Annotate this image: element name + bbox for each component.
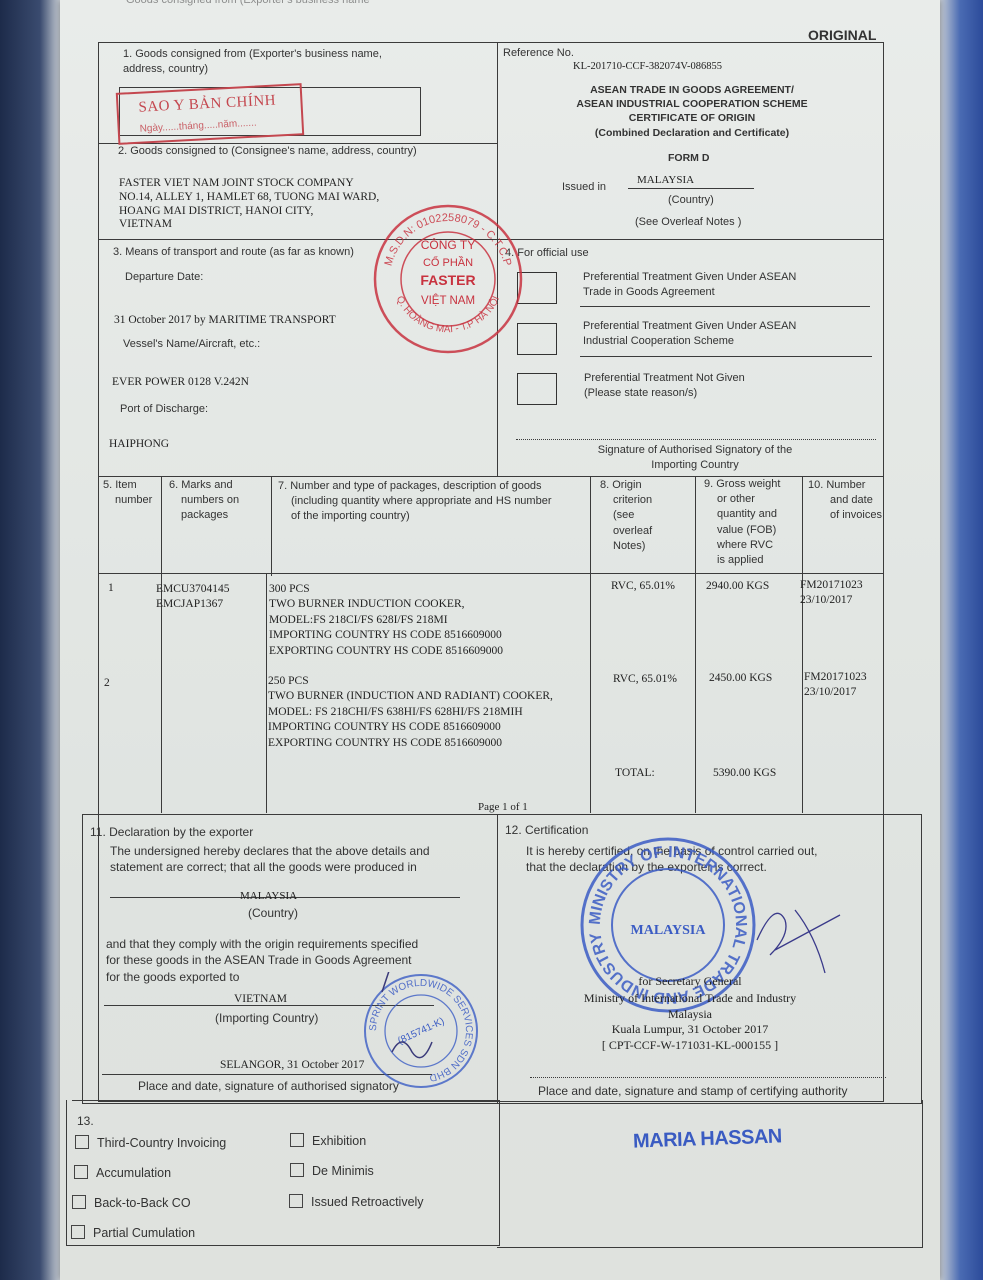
row2-item: 2 — [104, 676, 110, 691]
box2-label: 2. Goods consigned to (Consignee's name,… — [118, 144, 417, 159]
title-line: CERTIFICATE OF ORIGIN — [497, 111, 887, 125]
port-label: Port of Discharge: — [120, 402, 208, 417]
total-label: TOTAL: — [615, 766, 655, 781]
header-line: packages — [169, 508, 239, 523]
port-value: HAIPHONG — [109, 437, 169, 452]
signature-line — [530, 1077, 886, 1078]
desc-line: TWO BURNER INDUCTION COOKER, — [269, 597, 503, 612]
certificate-title: ASEAN TRADE IN GOODS AGREEMENT/ ASEAN IN… — [497, 83, 887, 140]
header-line: value (FOB) — [704, 523, 780, 538]
box12-lower-frame — [497, 1100, 923, 1248]
checkbox[interactable] — [290, 1163, 304, 1177]
option-back-to-back-co[interactable]: Back-to-Back CO — [72, 1195, 191, 1210]
checkbox[interactable] — [290, 1133, 304, 1147]
header-line: of invoices — [808, 508, 882, 523]
option-partial-cumulation[interactable]: Partial Cumulation — [71, 1225, 195, 1240]
desc-line: MODEL: FS 218CHI/FS 638HI/FS 628HI/FS 21… — [268, 705, 553, 720]
cert-signature-caption: Place and date, signature and stamp of c… — [538, 1083, 848, 1100]
option-label: Accumulation — [96, 1166, 171, 1180]
consignee-line: FASTER VIET NAM JOINT STOCK COMPANY — [119, 176, 354, 191]
desc-line: TWO BURNER (INDUCTION AND RADIANT) COOKE… — [268, 689, 553, 704]
invoice-line: FM20171023 — [804, 670, 867, 685]
header-line: quantity and — [704, 507, 780, 522]
option-text: Preferential Treatment Not Given(Please … — [584, 371, 745, 401]
issued-in-value: MALAYSIA — [637, 173, 694, 187]
row1-item: 1 — [108, 581, 114, 596]
total-weight: 5390.00 KGS — [713, 766, 776, 781]
checkbox[interactable] — [289, 1194, 303, 1208]
svg-text:MALAYSIA: MALAYSIA — [631, 923, 707, 938]
option-line: Preferential Treatment Given Under ASEAN — [583, 319, 796, 334]
bleed-through-text: Goods consigned from (Exporter's busines… — [126, 0, 370, 6]
option-text: Preferential Treatment Given Under ASEAN… — [583, 270, 796, 300]
header-description: 7. Number and type of packages, descript… — [278, 479, 552, 525]
header-line: 10. Number — [808, 478, 882, 493]
importing-caption: (Importing Country) — [215, 1010, 318, 1027]
cert-line: for Secretary General — [560, 974, 820, 990]
exporter-signature-caption: Place and date, signature of authorised … — [138, 1078, 399, 1095]
production-country: MALAYSIA — [240, 889, 297, 903]
option-label: De Minimis — [312, 1164, 374, 1178]
row2-invoice: FM2017102323/10/2017 — [804, 670, 867, 700]
copy-certified-stamp: SAO Y BẢN CHÍNH Ngày......tháng.....năm.… — [116, 83, 304, 145]
checkbox[interactable] — [75, 1135, 89, 1149]
header-line: number — [103, 493, 152, 508]
desc-line: 300 PCS — [269, 582, 503, 597]
divider — [580, 356, 872, 357]
row1-invoice: FM2017102323/10/2017 — [800, 578, 863, 608]
declaration-text: statement are correct; that all the good… — [110, 859, 417, 876]
divider — [802, 476, 803, 813]
header-line: or other — [704, 492, 780, 507]
original-marking: ORIGINAL — [808, 27, 876, 43]
divider — [695, 476, 696, 813]
row2-description: 250 PCS TWO BURNER (INDUCTION AND RADIAN… — [268, 674, 553, 751]
header-line: (see — [600, 508, 652, 523]
divider — [271, 476, 272, 576]
header-marks: 6. Marks andnumbers onpackages — [169, 478, 239, 524]
header-line: 5. Item — [103, 478, 152, 493]
divider — [628, 188, 754, 189]
header-origin: 8. Origincriterion(seeoverleafNotes) — [600, 478, 652, 554]
option-text: Preferential Treatment Given Under ASEAN… — [583, 319, 796, 349]
header-weight: 9. Gross weightor otherquantity andvalue… — [704, 477, 780, 568]
header-line: overleaf — [600, 524, 652, 539]
option-line: Industrial Cooperation Scheme — [583, 334, 796, 349]
vessel-value: EVER POWER 0128 V.242N — [112, 375, 249, 390]
cert-line: Ministry of International Trade and Indu… — [540, 991, 840, 1007]
desc-line: IMPORTING COUNTRY HS CODE 8516609000 — [269, 628, 503, 643]
header-line: of the importing country) — [278, 509, 552, 524]
caption-line: Importing Country — [560, 458, 830, 473]
reference-number: KL-201710-CCF-382074V-086855 — [573, 60, 722, 74]
cert-line: Malaysia — [560, 1007, 820, 1023]
stamp-title: SAO Y BẢN CHÍNH — [138, 93, 276, 117]
header-line: where RVC — [704, 538, 780, 553]
invoice-line: 23/10/2017 — [804, 685, 867, 700]
mark-line: EMCU3704145 — [156, 582, 229, 597]
svg-text:CỔ PHẦN: CỔ PHẦN — [423, 256, 473, 269]
company-seal-stamp: M.S.D.N: 0102258079 - C.T.C.P Q. HOÀNG M… — [372, 203, 524, 355]
checkbox[interactable] — [71, 1225, 85, 1239]
divider — [161, 476, 162, 813]
option-issued-retroactively[interactable]: Issued Retroactively — [289, 1194, 424, 1209]
title-line: ASEAN TRADE IN GOODS AGREEMENT/ — [497, 83, 887, 97]
importing-signature-caption: Signature of Authorised Signatory of the… — [560, 443, 830, 473]
row2-origin: RVC, 65.01% — [613, 672, 677, 687]
divider — [580, 306, 870, 307]
option-label: Back-to-Back CO — [94, 1196, 191, 1210]
consignee-line: VIETNAM — [119, 217, 172, 232]
cert-reference: [ CPT-CCF-W-171031-KL-000155 ] — [560, 1038, 820, 1054]
title-line: (Combined Declaration and Certificate) — [497, 126, 887, 140]
option-line: Preferential Treatment Given Under ASEAN — [583, 270, 796, 285]
desc-line: 250 PCS — [268, 674, 553, 689]
officer-signature — [755, 895, 845, 975]
option-label: Issued Retroactively — [311, 1195, 424, 1209]
exporter-company-stamp: SPRINT WORLDWIDE SERVICES SDN BHD (81574… — [362, 972, 480, 1090]
country-caption: (Country) — [668, 193, 714, 208]
option-de-minimis[interactable]: De Minimis — [290, 1163, 374, 1178]
header-line: 7. Number and type of packages, descript… — [278, 479, 552, 494]
desc-line: EXPORTING COUNTRY HS CODE 8516609000 — [269, 644, 503, 659]
header-line: 9. Gross weight — [704, 477, 780, 492]
vessel-label: Vessel's Name/Aircraft, etc.: — [123, 337, 260, 352]
svg-text:CÔNG TY: CÔNG TY — [421, 237, 475, 252]
header-line: numbers on — [169, 493, 239, 508]
declaration-text: for the goods exported to — [106, 969, 239, 986]
stamp-date-line: Ngày......tháng.....năm....... — [139, 118, 257, 135]
svg-text:VIỆT NAM: VIỆT NAM — [421, 294, 475, 307]
reference-label: Reference No. — [503, 46, 574, 61]
box12-label: 12. Certification — [505, 822, 588, 839]
header-line: and date — [808, 493, 882, 508]
option-third-country-invoicing[interactable]: Third-Country Invoicing — [75, 1135, 226, 1150]
header-line: criterion — [600, 493, 652, 508]
departure-value: 31 October 2017 by MARITIME TRANSPORT — [114, 313, 336, 328]
header-line: 6. Marks and — [169, 478, 239, 493]
svg-text:FASTER: FASTER — [420, 272, 475, 288]
treatment-checkbox-not-given[interactable] — [517, 373, 557, 405]
row1-description: 300 PCS TWO BURNER INDUCTION COOKER, MOD… — [269, 582, 503, 659]
row1-origin: RVC, 65.01% — [611, 579, 675, 594]
option-line: Trade in Goods Agreement — [583, 285, 796, 300]
declaration-text: for these goods in the ASEAN Trade in Go… — [106, 952, 412, 969]
signature-line — [516, 439, 876, 440]
row1-weight: 2940.00 KGS — [706, 579, 769, 594]
caption-line: Signature of Authorised Signatory of the — [560, 443, 830, 458]
header-item: 5. Itemnumber — [103, 478, 152, 508]
title-line: ASEAN INDUSTRIAL COOPERATION SCHEME — [497, 97, 887, 111]
box1-label: 1. Goods consigned from (Exporter's busi… — [123, 47, 423, 77]
exporter-place-date: SELANGOR, 31 October 2017 — [220, 1058, 364, 1073]
issued-in-label: Issued in — [562, 180, 606, 195]
box3-label: 3. Means of transport and route (as far … — [113, 245, 354, 260]
option-accumulation[interactable]: Accumulation — [74, 1165, 171, 1180]
declaration-text: The undersigned hereby declares that the… — [110, 843, 430, 860]
page-indicator: Page 1 of 1 — [478, 800, 528, 814]
divider — [497, 814, 498, 1104]
checkbox[interactable] — [72, 1195, 86, 1209]
option-line: (Please state reason/s) — [584, 386, 745, 401]
desc-line: IMPORTING COUNTRY HS CODE 8516609000 — [268, 720, 553, 735]
overleaf-notes: (See Overleaf Notes ) — [635, 215, 741, 230]
divider — [98, 573, 884, 574]
header-line: (including quantity where appropriate an… — [278, 494, 552, 509]
box13-label: 13. — [77, 1113, 94, 1130]
header-line: Notes) — [600, 539, 652, 554]
form-name: FORM D — [668, 151, 709, 165]
header-line: is applied — [704, 553, 780, 568]
option-label: Exhibition — [312, 1134, 366, 1148]
header-line: 8. Origin — [600, 478, 652, 493]
row1-marks: EMCU3704145EMCJAP1367 — [156, 582, 229, 612]
box11-label: 11. Declaration by the exporter — [90, 824, 253, 841]
cert-place-date: Kuala Lumpur, 31 October 2017 — [560, 1022, 820, 1038]
country-caption: (Country) — [248, 905, 298, 922]
option-exhibition[interactable]: Exhibition — [290, 1133, 366, 1148]
importing-country: VIETNAM — [234, 992, 287, 1007]
divider — [590, 476, 591, 813]
invoice-line: FM20171023 — [800, 578, 863, 593]
header-invoice: 10. Numberand dateof invoices — [808, 478, 882, 524]
invoice-line: 23/10/2017 — [800, 593, 863, 608]
option-label: Partial Cumulation — [93, 1226, 195, 1240]
checkbox[interactable] — [74, 1165, 88, 1179]
option-line: Preferential Treatment Not Given — [584, 371, 745, 386]
departure-label: Departure Date: — [125, 270, 203, 285]
desc-line: EXPORTING COUNTRY HS CODE 8516609000 — [268, 736, 553, 751]
desc-line: MODEL:FS 218CI/FS 628I/FS 218MI — [269, 613, 503, 628]
row2-weight: 2450.00 KGS — [709, 671, 772, 686]
option-label: Third-Country Invoicing — [97, 1136, 226, 1150]
declaration-text: and that they comply with the origin req… — [106, 936, 418, 953]
divider — [266, 574, 267, 813]
mark-line: EMCJAP1367 — [156, 597, 229, 612]
consignee-line: NO.14, ALLEY 1, HAMLET 68, TUONG MAI WAR… — [119, 190, 379, 205]
